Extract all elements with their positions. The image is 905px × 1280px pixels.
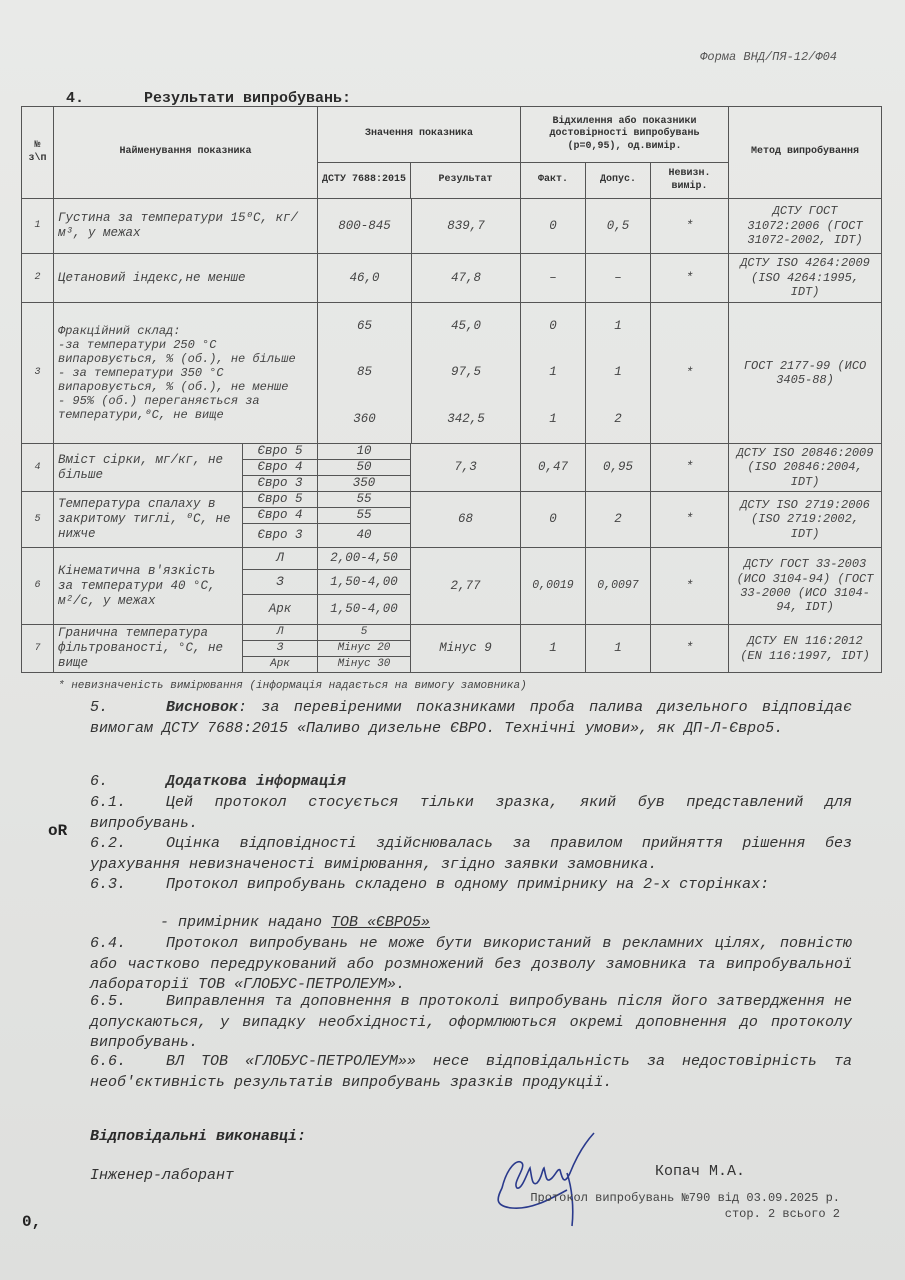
row-uncertainty: * bbox=[651, 254, 729, 303]
item-6-6: 6.6.ВЛ ТОВ «ГЛОБУС-ПЕТРОЛЕУМ»» несе відп… bbox=[90, 1052, 852, 1093]
row-tolerance: 2 bbox=[586, 492, 651, 548]
row-dstu: Мінус 30 bbox=[318, 657, 411, 673]
row-dstu: 40 bbox=[318, 524, 411, 548]
header-deviation-group: Відхилення або показники достовірності в… bbox=[521, 107, 729, 163]
row-dstu: 1,50-4,00 bbox=[318, 595, 411, 625]
row-uncertainty: * bbox=[651, 444, 729, 492]
header-num: № з\п bbox=[22, 107, 54, 199]
header-tolerance: Допус. bbox=[586, 163, 651, 199]
form-code: Форма ВНД/ПЯ-12/Ф04 bbox=[700, 50, 837, 64]
row-dstu: Мінус 20 bbox=[318, 641, 411, 657]
row-method: ДСТУ ГОСТ 33-2003 (ИСО 3104-94) (ГОСТ 33… bbox=[729, 548, 882, 625]
table-row: 5 Температура спалаху в закритому тиглі,… bbox=[22, 492, 882, 508]
header-name: Найменування показника bbox=[54, 107, 318, 199]
row-result: 7,3 bbox=[411, 444, 521, 492]
item-number: 6.3. bbox=[90, 875, 166, 896]
table-row: 4 Вміст сірки, мг/кг, не більше Євро 5 1… bbox=[22, 444, 882, 460]
conclusion-label: Висновок bbox=[166, 699, 238, 716]
row-dstu: 46,0 bbox=[318, 254, 412, 302]
row-fact: – bbox=[521, 254, 586, 303]
result-value: 97,5 bbox=[412, 365, 520, 380]
header-uncertainty: Невизн. вимір. bbox=[651, 163, 729, 199]
item-6-4: 6.4.Протокол випробувань не може бути ви… bbox=[90, 934, 852, 996]
row-uncertainty: * bbox=[651, 303, 729, 444]
row-dstu: 10 bbox=[318, 444, 411, 460]
row-method: ДСТУ ISO 4264:2009 (ISO 4264:1995, IDT) bbox=[729, 254, 882, 303]
section-title: Додаткова інформація bbox=[166, 773, 346, 790]
item-number: 6.5. bbox=[90, 992, 166, 1013]
item-text: ВЛ ТОВ «ГЛОБУС-ПЕТРОЛЕУМ»» несе відповід… bbox=[90, 1053, 852, 1091]
section-title: Результати випробувань: bbox=[144, 90, 351, 107]
section-number: 4. bbox=[66, 90, 144, 107]
table-row: 2 Цетановий індекс,не менше 46,0 47,8 – … bbox=[22, 254, 882, 303]
header-fact: Факт. bbox=[521, 163, 586, 199]
row-tolerance: 1 bbox=[586, 625, 651, 673]
row-dstu: 800-845 bbox=[318, 199, 412, 253]
result-value: 45,0 bbox=[412, 319, 520, 334]
sub-label: Євро 4 bbox=[243, 508, 318, 524]
section-number: 5. bbox=[90, 698, 166, 719]
footnote: * невизначеність вимірювання (інформація… bbox=[58, 680, 527, 692]
table-row: 6 Кінематична в'язкість за температури 4… bbox=[22, 548, 882, 570]
row-tolerance: 0,5 bbox=[586, 199, 651, 254]
row-result: 2,77 bbox=[411, 548, 521, 625]
sub-label: З bbox=[243, 641, 318, 657]
row-num: 1 bbox=[22, 199, 54, 254]
row-num: 7 bbox=[22, 625, 54, 673]
protocol-footer: Протокол випробувань №790 від 03.09.2025… bbox=[530, 1190, 840, 1222]
item-text: Цей протокол стосується тільки зразка, я… bbox=[90, 794, 852, 832]
item-6-5: 6.5.Виправлення та доповнення в протокол… bbox=[90, 992, 852, 1054]
row-dstu: 55 bbox=[318, 492, 411, 508]
table-row: 1 Густина за температури 15⁰С, кг/м³, у … bbox=[22, 199, 882, 254]
document-page: Форма ВНД/ПЯ-12/Ф04 4.Результати випробу… bbox=[0, 0, 905, 1280]
section-number: 6. bbox=[90, 772, 166, 793]
responsible-persons-title: Відповідальні виконавці: bbox=[90, 1128, 306, 1145]
signer-name: Копач М.А. bbox=[655, 1163, 745, 1180]
row-dstu: 5 bbox=[318, 625, 411, 641]
row-uncertainty: * bbox=[651, 492, 729, 548]
sub-label: Євро 3 bbox=[243, 476, 318, 492]
handwritten-mark: oR bbox=[48, 822, 67, 840]
sub-label: Євро 4 bbox=[243, 460, 318, 476]
item-number: 6.4. bbox=[90, 934, 166, 955]
row-num: 2 bbox=[22, 254, 54, 303]
sub-label: Євро 5 bbox=[243, 492, 318, 508]
sub-label: Євро 5 bbox=[243, 444, 318, 460]
row-dstu-result-split: 65 85 360 45,0 97,5 342,5 bbox=[318, 303, 521, 444]
row-fact: 0,47 bbox=[521, 444, 586, 492]
dstu-value: 360 bbox=[318, 412, 411, 427]
item-number: 6.2. bbox=[90, 834, 166, 855]
row-method: ДСТУ ГОСТ 31072:2006 (ГОСТ 31072-2002, I… bbox=[729, 199, 882, 254]
sub-label: Арк bbox=[243, 595, 318, 625]
row-uncertainty: * bbox=[651, 548, 729, 625]
protocol-reference: Протокол випробувань №790 від 03.09.2025… bbox=[530, 1190, 840, 1206]
item-number: 6.6. bbox=[90, 1052, 166, 1073]
copy-recipient-line: - примірник надано ТОВ «ЄВРО5» bbox=[160, 913, 905, 934]
header-method: Метод випробування bbox=[729, 107, 882, 199]
section-4-heading: 4.Результати випробувань: bbox=[66, 90, 351, 107]
row-fact: 0,0019 bbox=[521, 548, 586, 625]
row-dstu: 55 bbox=[318, 508, 411, 524]
results-table: № з\п Найменування показника Значення по… bbox=[21, 106, 882, 673]
section-5-conclusion: 5.Висновок: за перевіреними показниками … bbox=[90, 698, 852, 739]
header-dstu: ДСТУ 7688:2015 bbox=[318, 163, 411, 199]
fact-value: 0 bbox=[525, 319, 581, 334]
fact-value: 1 bbox=[525, 412, 581, 427]
section-6-heading: 6.Додаткова інформація bbox=[90, 772, 852, 793]
row-dstu: 350 bbox=[318, 476, 411, 492]
row-method: ДСТУ ISO 20846:2009 (ISO 20846:2004, IDT… bbox=[729, 444, 882, 492]
table-row: 7 Гранична температура фільтрованості, °… bbox=[22, 625, 882, 641]
row-tolerance: 0,0097 bbox=[586, 548, 651, 625]
row-method: ДСТУ ISO 2719:2006 (ISO 2719:2002, IDT) bbox=[729, 492, 882, 548]
table-row: 3 Фракційний склад: -за температури 250 … bbox=[22, 303, 882, 444]
row-num: 5 bbox=[22, 492, 54, 548]
tolerance-value: 1 bbox=[590, 365, 646, 380]
sub-label: З bbox=[243, 570, 318, 595]
copy-prefix: - примірник надано bbox=[160, 914, 331, 931]
row-num: 4 bbox=[22, 444, 54, 492]
row-result: 47,8 bbox=[412, 271, 520, 286]
row-name-line: - 95% (об.) переганяється за температури… bbox=[58, 394, 313, 422]
row-name-line: - за температури 350 °С випаровується, %… bbox=[58, 366, 313, 394]
signer-role: Інженер-лаборант bbox=[90, 1167, 234, 1184]
item-text: Протокол випробувань складено в одному п… bbox=[166, 876, 769, 893]
row-num: 6 bbox=[22, 548, 54, 625]
tolerance-value: 2 bbox=[590, 412, 646, 427]
item-text: Протокол випробувань не може бути викори… bbox=[90, 935, 852, 993]
header-value-group: Значення показника bbox=[318, 107, 521, 163]
row-dstu-result-split: 800-845 839,7 bbox=[318, 199, 521, 254]
row-name: Температура спалаху в закритому тиглі, ⁰… bbox=[54, 492, 243, 548]
page-number: стор. 2 всього 2 bbox=[530, 1206, 840, 1222]
sub-label: Євро 3 bbox=[243, 524, 318, 548]
row-fact: 0 1 1 bbox=[521, 303, 586, 444]
row-dstu: 2,00-4,50 bbox=[318, 548, 411, 570]
row-result: Мінус 9 bbox=[411, 625, 521, 673]
sub-label: Л bbox=[243, 548, 318, 570]
row-name-line: Фракційний склад: bbox=[58, 324, 313, 338]
item-6-3: 6.3.Протокол випробувань складено в одно… bbox=[90, 875, 852, 896]
item-number: 6.1. bbox=[90, 793, 166, 814]
row-fact: 0 bbox=[521, 492, 586, 548]
row-fact: 1 bbox=[521, 625, 586, 673]
row-tolerance: 1 1 2 bbox=[586, 303, 651, 444]
row-fact: 0 bbox=[521, 199, 586, 254]
item-6-1: 6.1.Цей протокол стосується тільки зразк… bbox=[90, 793, 852, 834]
row-name: Гранична температура фільтрованості, °С,… bbox=[54, 625, 243, 673]
item-6-2: 6.2.Оцінка відповідності здійснювалась з… bbox=[90, 834, 852, 875]
item-text: Виправлення та доповнення в протоколі ви… bbox=[90, 993, 852, 1051]
row-tolerance: 0,95 bbox=[586, 444, 651, 492]
row-method: ГОСТ 2177-99 (ИСО 3405-88) bbox=[729, 303, 882, 444]
row-name: Цетановий індекс,не менше bbox=[54, 254, 318, 303]
fact-value: 1 bbox=[525, 365, 581, 380]
header-result: Результат bbox=[411, 163, 521, 199]
row-result: 45,0 97,5 342,5 bbox=[412, 303, 520, 443]
row-name: Густина за температури 15⁰С, кг/м³, у ме… bbox=[54, 199, 318, 254]
item-text: Оцінка відповідності здійснювалась за пр… bbox=[90, 835, 852, 873]
row-name: Кінематична в'язкість за температури 40 … bbox=[54, 548, 243, 625]
row-name: Вміст сірки, мг/кг, не більше bbox=[54, 444, 243, 492]
tolerance-value: 1 bbox=[590, 319, 646, 334]
row-dstu: 50 bbox=[318, 460, 411, 476]
row-num: 3 bbox=[22, 303, 54, 444]
row-tolerance: – bbox=[586, 254, 651, 303]
row-name-line: -за температури 250 °С випаровується, % … bbox=[58, 338, 313, 366]
row-uncertainty: * bbox=[651, 625, 729, 673]
row-dstu-result-split: 46,0 47,8 bbox=[318, 254, 521, 303]
row-dstu: 65 85 360 bbox=[318, 303, 412, 443]
dstu-value: 85 bbox=[318, 365, 411, 380]
row-method: ДСТУ EN 116:2012 (EN 116:1997, IDT) bbox=[729, 625, 882, 673]
row-result: 839,7 bbox=[412, 219, 520, 234]
row-uncertainty: * bbox=[651, 199, 729, 254]
row-dstu: 1,50-4,00 bbox=[318, 570, 411, 595]
sub-label: Л bbox=[243, 625, 318, 641]
row-result: 68 bbox=[411, 492, 521, 548]
copy-recipient: ТОВ «ЄВРО5» bbox=[331, 914, 430, 931]
sub-label: Арк bbox=[243, 657, 318, 673]
dstu-value: 65 bbox=[318, 319, 411, 334]
result-value: 342,5 bbox=[412, 412, 520, 427]
row-name: Фракційний склад: -за температури 250 °С… bbox=[54, 303, 318, 444]
handwritten-mark: 0, bbox=[22, 1213, 41, 1231]
